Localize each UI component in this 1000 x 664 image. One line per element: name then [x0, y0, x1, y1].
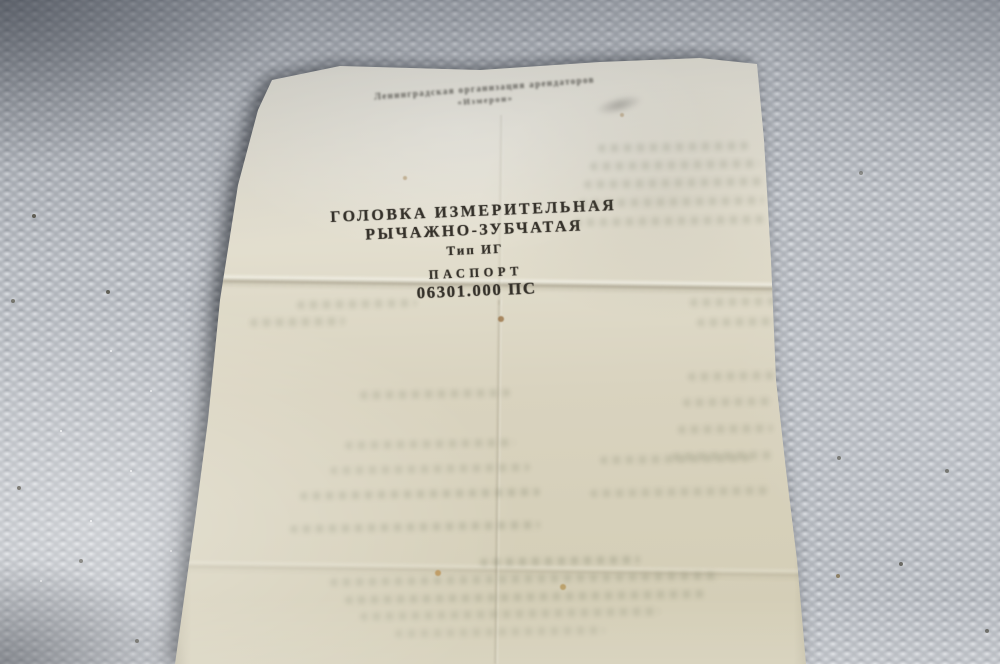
bleedthrough-row — [395, 626, 605, 638]
bleedthrough-row — [360, 389, 510, 400]
paper-shadow: Ленинградская организация арендаторов «И… — [165, 55, 820, 664]
debris-specks — [0, 0, 2, 2]
photo-scene: Ленинградская организация арендаторов «И… — [0, 0, 1000, 664]
passport-document-page: Ленинградская организация арендаторов «И… — [165, 55, 820, 664]
bleedthrough-row — [345, 439, 515, 450]
bleedthrough-row — [297, 299, 417, 309]
bleedthrough-row — [690, 297, 775, 306]
bleedthrough-row — [300, 488, 540, 500]
bleedthrough-row — [250, 317, 345, 327]
bleedthrough-row — [678, 424, 773, 434]
paper-stains — [165, 55, 169, 59]
bleedthrough-row — [590, 160, 760, 171]
bleedthrough-row — [345, 590, 705, 604]
bleedthrough-row — [688, 371, 778, 381]
bleedthrough-row — [360, 607, 660, 620]
bleedthrough-row — [598, 142, 748, 153]
bleedthrough-row — [290, 521, 540, 533]
document-title-block: ГОЛОВКА ИЗМЕРИТЕЛЬНАЯ РЫЧАЖНО-ЗУБЧАТАЯ Т… — [273, 195, 677, 310]
bleedthrough-row — [683, 397, 773, 407]
bleedthrough-row — [584, 177, 764, 188]
bleedthrough-row — [590, 486, 770, 497]
bleedthrough-row — [600, 454, 750, 465]
bleedthrough-row — [697, 317, 777, 326]
